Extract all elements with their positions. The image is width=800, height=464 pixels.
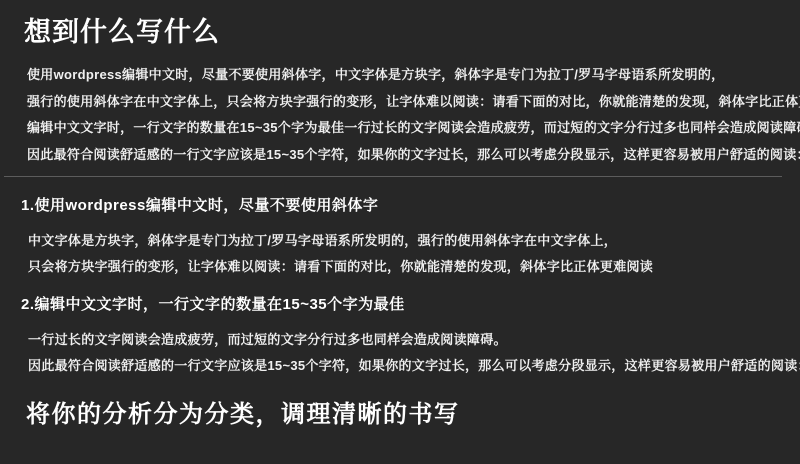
section-2-body: 一行过长的文字阅读会造成疲劳，而过短的文字分行过多也同样会造成阅读障碍。 因此最… <box>28 327 800 379</box>
section-1-body: 中文字体是方块字，斜体字是专门为拉丁/罗马字母语系所发明的，强行的使用斜体字在中… <box>28 228 800 280</box>
intro-line: 因此最符合阅读舒适感的一行文字应该是15~35个字符，如果你的文字过长，那么可以… <box>27 142 800 169</box>
page-title: 想到什么写什么 <box>24 16 800 48</box>
intro-line: 编辑中文文字时，一行文字的数量在15~35个字为最佳一行过长的文字阅读会造成疲劳… <box>27 115 800 142</box>
footer-title: 将你的分析分为分类，调理清晰的书写 <box>26 399 800 431</box>
section-line: 因此最符合阅读舒适感的一行文字应该是15~35个字符，如果你的文字过长，那么可以… <box>28 353 800 379</box>
section-divider <box>4 176 782 177</box>
intro-paragraph: 使用wordpress编辑中文时，尽量不要使用斜体字，中文字体是方块字，斜体字是… <box>27 62 800 168</box>
intro-line: 使用wordpress编辑中文时，尽量不要使用斜体字，中文字体是方块字，斜体字是… <box>27 62 800 89</box>
intro-line: 强行的使用斜体字在中文字体上，只会将方块字强行的变形，让字体难以阅读：请看下面的… <box>27 89 800 116</box>
section-1-heading: 1.使用wordpress编辑中文时，尽量不要使用斜体字 <box>21 195 800 216</box>
section-italics: 1.使用wordpress编辑中文时，尽量不要使用斜体字 中文字体是方块字，斜体… <box>0 195 800 280</box>
section-line: 中文字体是方块字，斜体字是专门为拉丁/罗马字母语系所发明的，强行的使用斜体字在中… <box>28 228 800 254</box>
section-line-length: 2.编辑中文文字时，一行文字的数量在15~35个字为最佳 一行过长的文字阅读会造… <box>0 294 800 379</box>
section-line: 只会将方块字强行的变形，让字体难以阅读：请看下面的对比，你就能清楚的发现，斜体字… <box>28 254 800 280</box>
section-2-heading: 2.编辑中文文字时，一行文字的数量在15~35个字为最佳 <box>21 294 800 315</box>
document-page: 想到什么写什么 使用wordpress编辑中文时，尽量不要使用斜体字，中文字体是… <box>0 0 800 464</box>
section-line: 一行过长的文字阅读会造成疲劳，而过短的文字分行过多也同样会造成阅读障碍。 <box>28 327 800 353</box>
